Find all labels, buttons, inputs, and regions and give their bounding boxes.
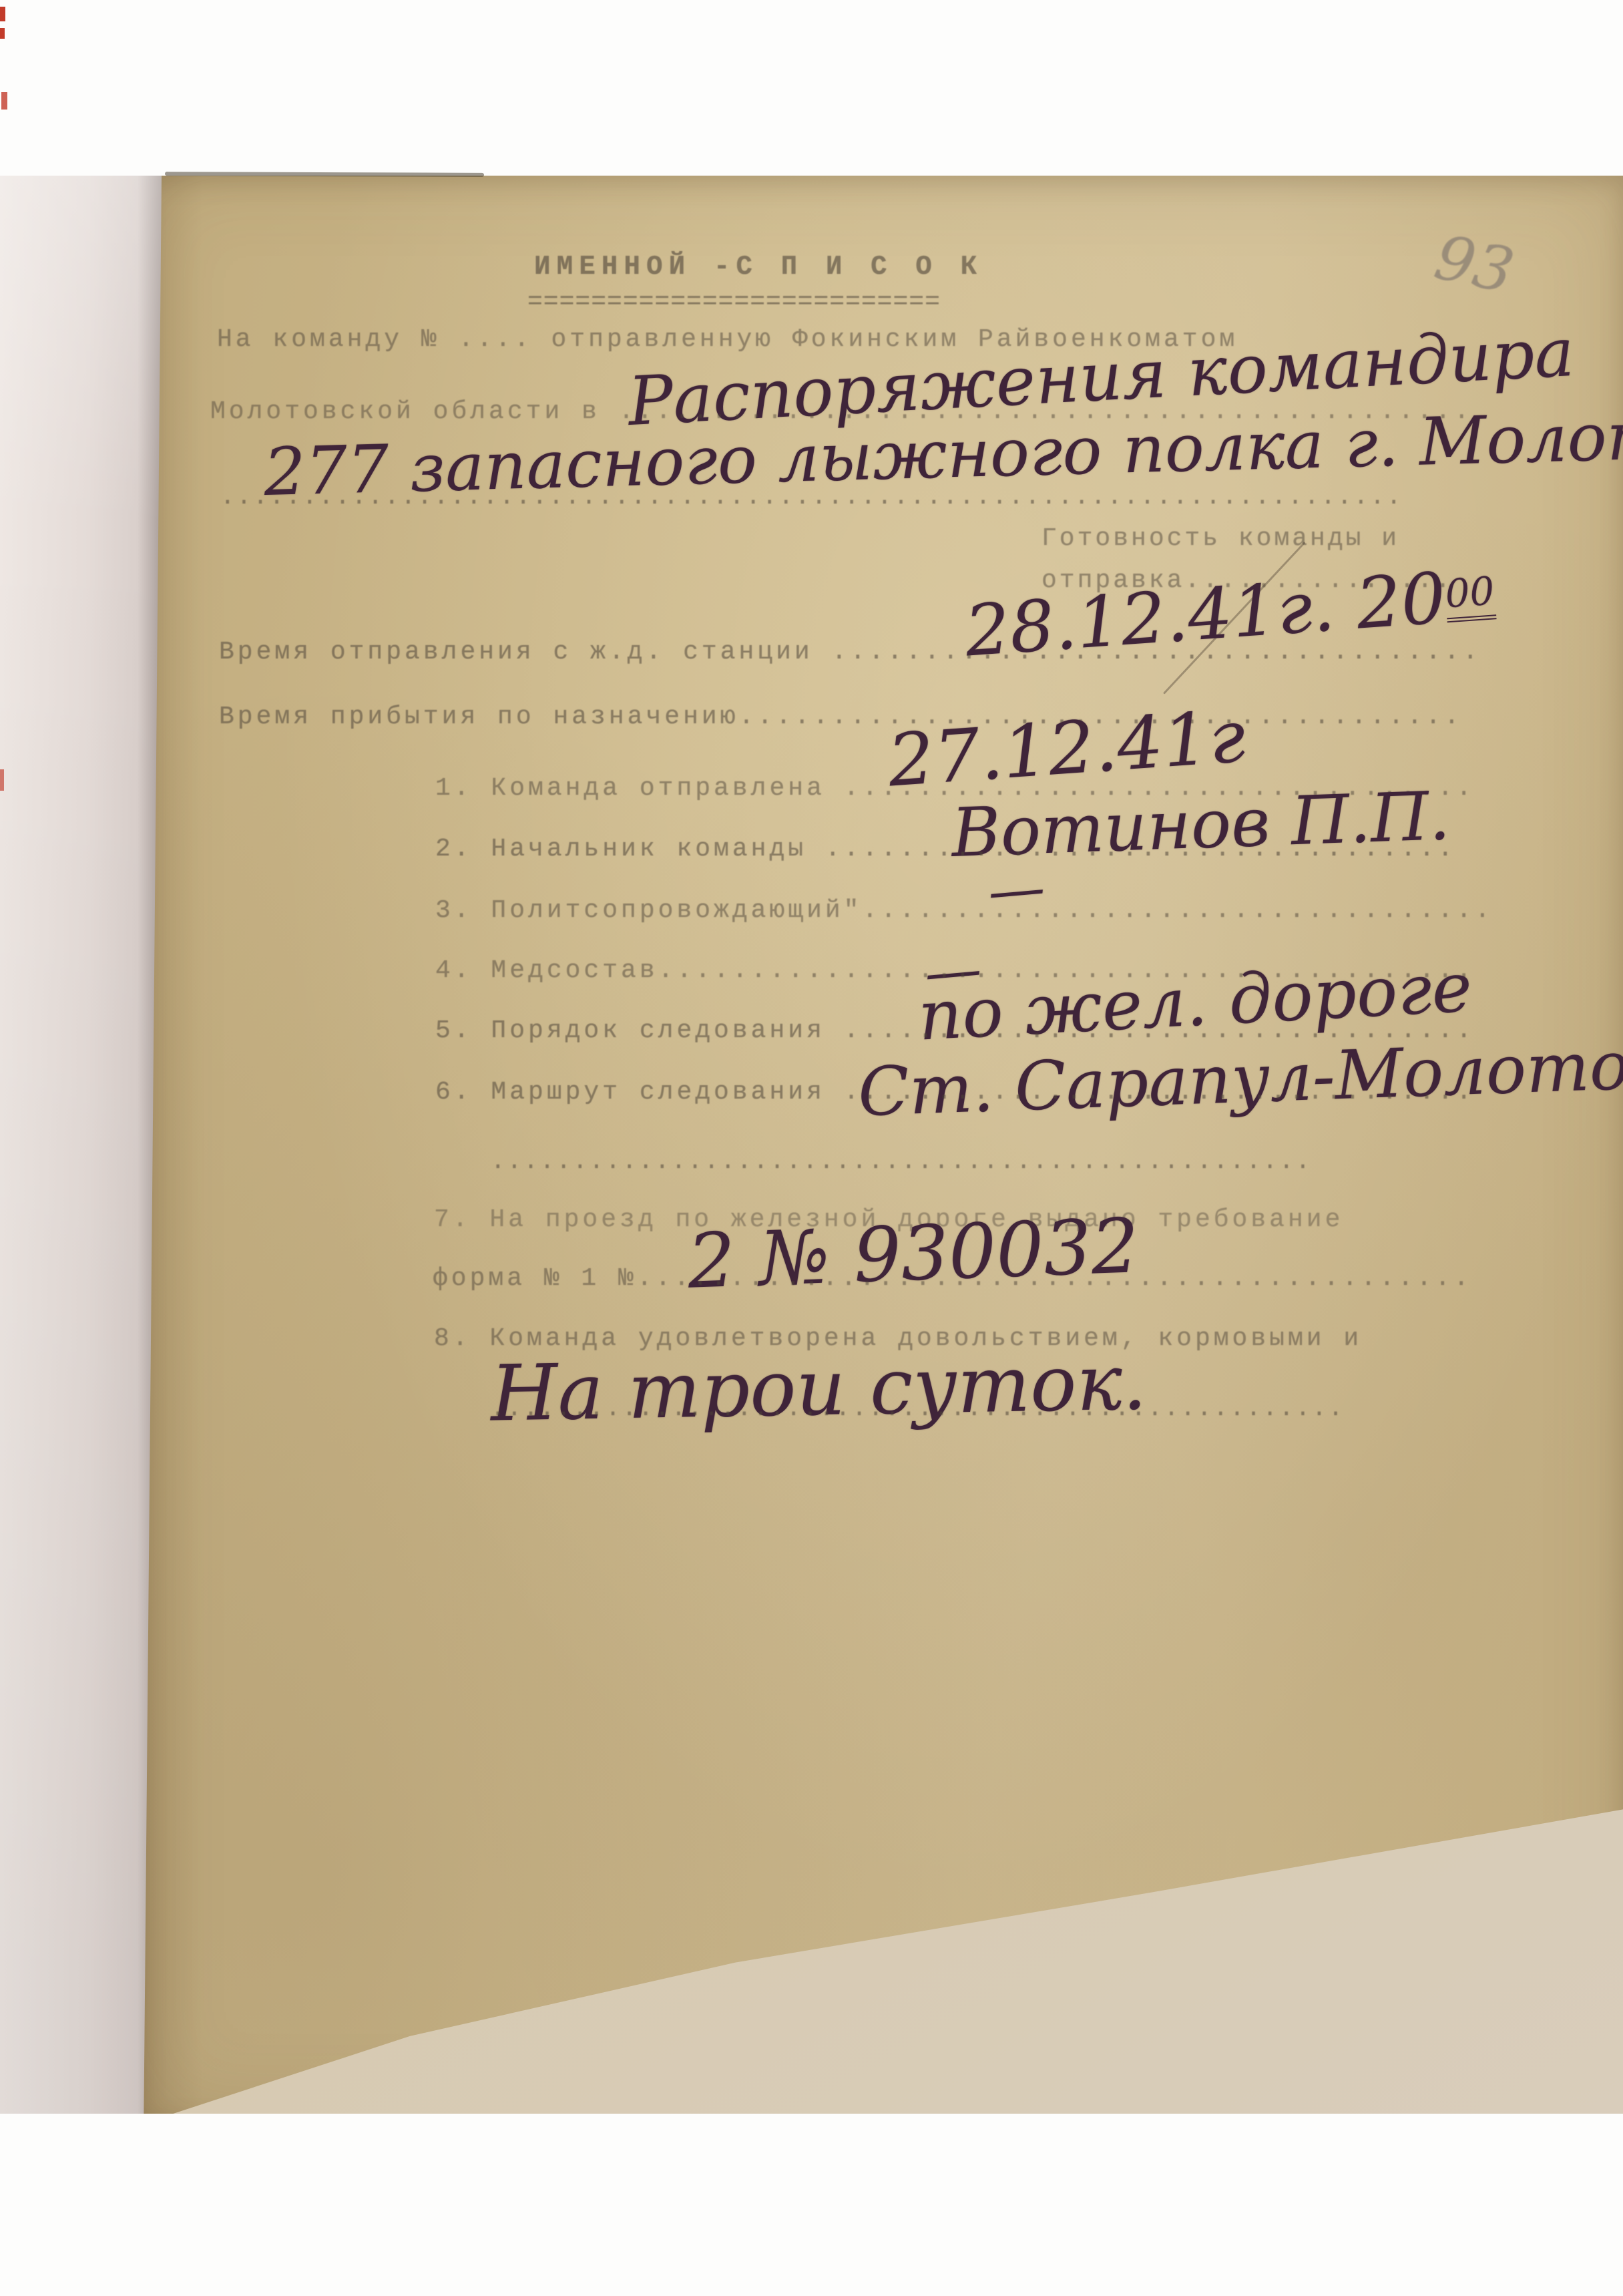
dotted-bottom-line: ........................................… <box>491 1397 1345 1421</box>
scan-artifact-red-speck <box>1 92 7 110</box>
typed-readiness-line1: Готовность команды и <box>1041 526 1399 552</box>
handwritten-readiness-minutes: 00 <box>1443 568 1496 622</box>
dotted-fill-line: ........................................… <box>220 486 1403 510</box>
scan-artifact-red-speck <box>0 28 5 39</box>
typed-item2-chief: 2. Начальник команды ...................… <box>435 837 1456 862</box>
scan-artifact-red-speck <box>0 7 5 21</box>
typed-item6-route: 6. Маршрут следования ..................… <box>435 1080 1475 1105</box>
document-title: ИМЕННОЙ -С П И С О К <box>534 254 983 281</box>
typed-item3-politruk: 3. Политсопровождающий".................… <box>435 898 1493 924</box>
handwritten-readiness-time: 20 <box>1354 558 1449 645</box>
typed-departure-time-line: Время отправления с ж.д. станции .......… <box>219 640 1481 665</box>
underlying-page-edge <box>0 176 162 2114</box>
typed-item7-form-number: форма № 1 №.............................… <box>433 1266 1472 1292</box>
title-underline: ========================== <box>527 290 941 315</box>
scan-artifact-red-speck <box>0 769 4 791</box>
typed-arrival-time-line: Время прибытия по назначению............… <box>219 705 1463 730</box>
dotted-separator-line: ........................................… <box>491 1150 1312 1174</box>
document-scan: 93 ИМЕННОЙ -С П И С О К ================… <box>0 0 1623 2296</box>
